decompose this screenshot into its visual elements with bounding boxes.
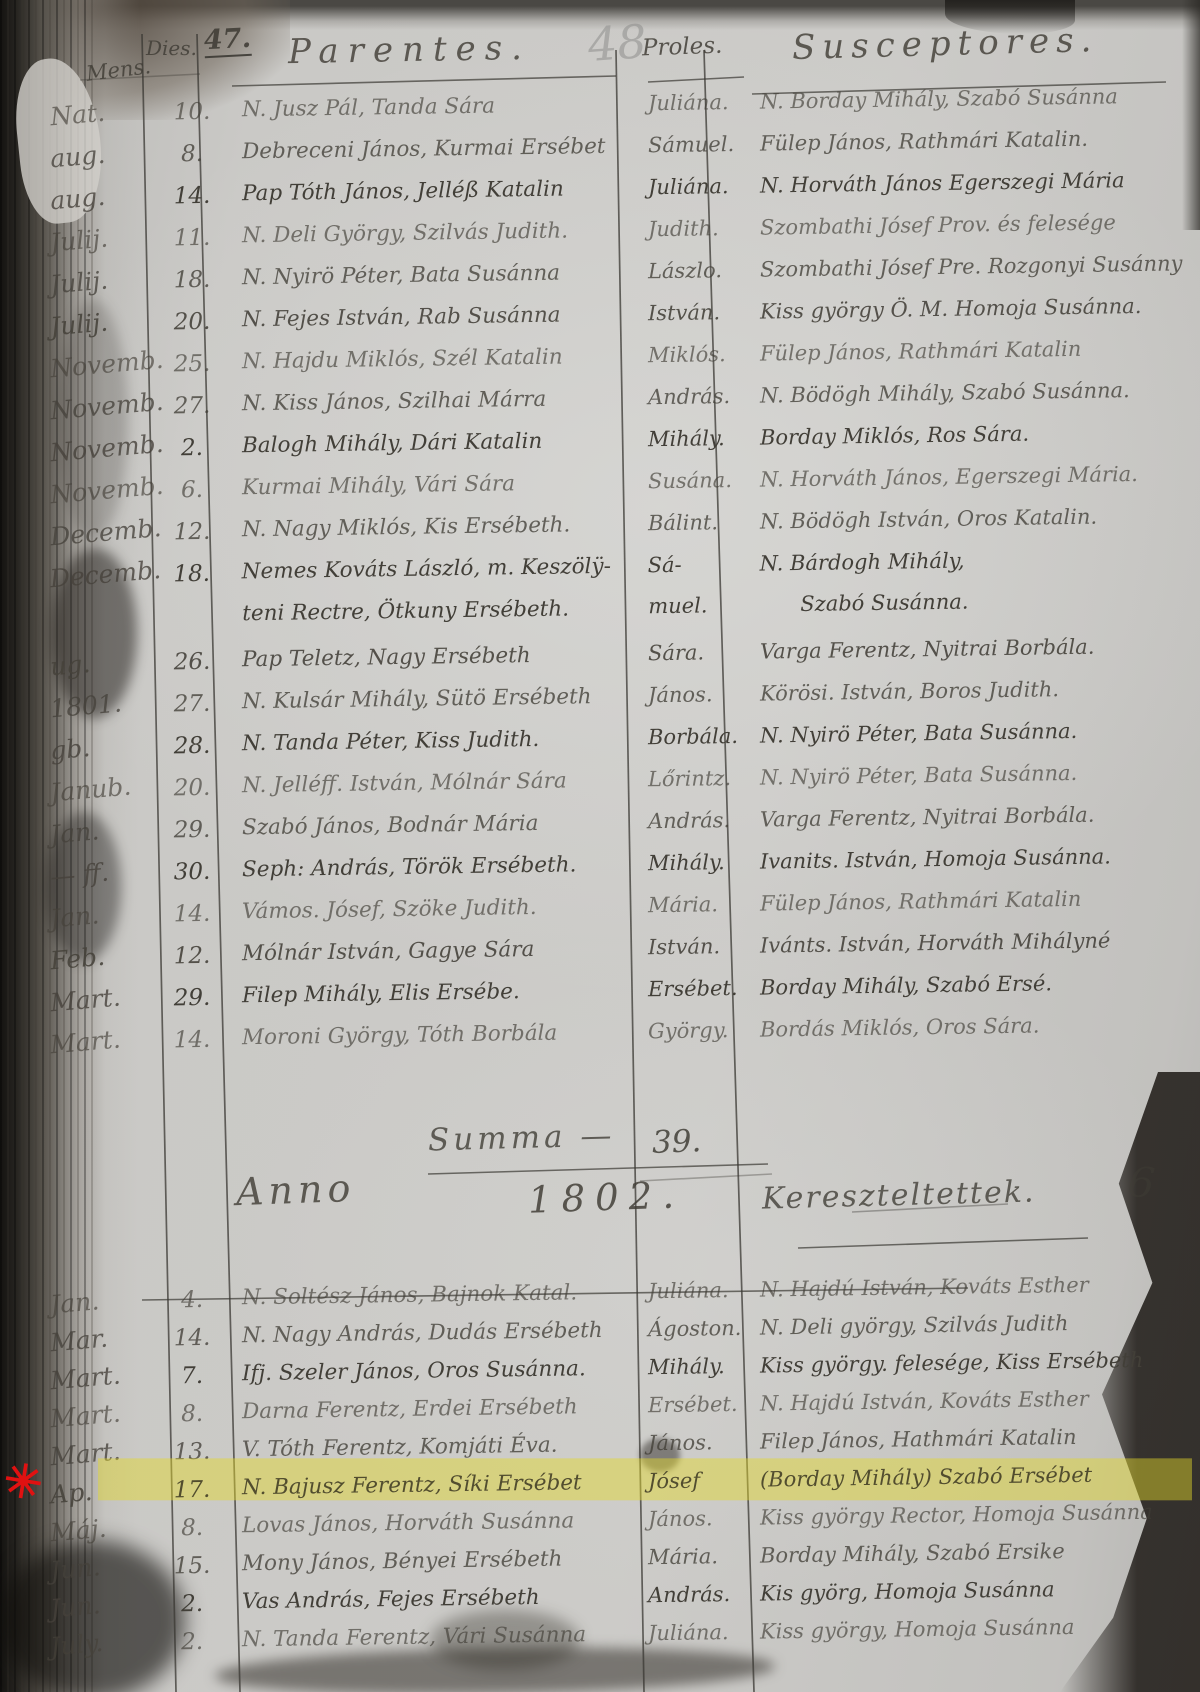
- row-sponsors: Ivanits. István, Homoja Susánna.: [760, 836, 1112, 882]
- row-child: István.: [648, 926, 721, 968]
- row-day: 14.: [152, 1017, 233, 1063]
- row-child: András.: [648, 800, 731, 842]
- summa-value: 39.: [651, 1123, 702, 1161]
- row-parents: N. Kiss János, Szilhai Márra: [242, 379, 547, 425]
- scanned-register-page: Mens. Dies. 47. Parentes. 48 Proles. Sus…: [0, 0, 1200, 1692]
- page-number: 47.: [203, 23, 252, 58]
- row-child: János.: [648, 1498, 713, 1540]
- row-parents: Debreceni János, Kurmai Ersébet: [242, 126, 606, 173]
- row-sponsors: Borday Miklós, Ros Sára.: [760, 414, 1030, 459]
- anno-year: 1802.: [527, 1173, 684, 1221]
- summa-label: Summa —: [428, 1118, 616, 1159]
- row-parents: Szabó János, Bodnár Mária: [242, 803, 539, 849]
- row-child: Mária.: [648, 884, 719, 926]
- row-sponsors: Körösi. István, Boros Judith.: [760, 669, 1060, 714]
- row-sponsors: Kiss györgy Ö. M. Homoja Susánna.: [760, 286, 1142, 333]
- row-child: Lőrintz.: [648, 758, 732, 800]
- header-parents-column: Parentes.: [288, 28, 532, 72]
- row-child: Judith.: [648, 208, 719, 250]
- row-child: István.: [648, 292, 721, 334]
- row-child: Juliána.: [648, 1270, 729, 1312]
- row-sponsors: N. Bödögh István, Oros Katalin.: [760, 497, 1098, 543]
- row-sponsors: N. Nyirö Péter, Bata Susánna.: [760, 711, 1078, 757]
- header-day-column: Dies.: [146, 36, 197, 60]
- row-parents: N. Hajdu Miklós, Szél Katalin: [242, 337, 563, 384]
- row-day: 2.: [152, 1619, 233, 1665]
- row-sponsors: N. Bödögh Mihály, Szabó Susánna.: [760, 370, 1130, 416]
- row-child: Juliána.: [648, 1612, 729, 1654]
- row-child: Bálint.: [648, 502, 719, 544]
- row-child: Sámuel.: [648, 124, 735, 166]
- row-sponsors: Szombathi Jósef Pre. Rozgonyi Susánny: [760, 243, 1183, 290]
- row-parents: Mólnár István, Gagye Sára: [242, 929, 535, 975]
- margin-squiggle: 6: [1126, 1157, 1158, 1209]
- row-sponsors: N. Borday Mihály, Szabó Susánna: [760, 76, 1118, 122]
- row-child: András.: [648, 1574, 731, 1616]
- row-parents: N. Nagy Miklós, Kis Ersébeth.: [242, 504, 571, 551]
- row-parents: Pap Tóth János, Jelléß Katalin: [242, 169, 564, 216]
- row-day: 18.: [151, 551, 232, 597]
- row-parents: N. Tanda Ferentz, Vári Susánna: [242, 1614, 587, 1661]
- row-parents: N. Tanda Péter, Kiss Judith.: [242, 719, 540, 765]
- row-sponsors: Ivánts. István, Horváth Mihályné: [760, 920, 1111, 966]
- register-table-1801: Nat. 10. N. Jusz Pál, Tanda Sára Juliána…: [0, 84, 1200, 1054]
- row-child: Ersébet.: [648, 968, 738, 1010]
- row-sponsors: Fülep János, Rathmári Katalin: [760, 879, 1082, 925]
- anno-title: Kereszteltettek.: [762, 1174, 1036, 1216]
- row-child: Juliána.: [648, 166, 729, 208]
- row-sponsors: Varga Ferentz, Nyitrai Borbála.: [760, 795, 1095, 841]
- row-sponsors: Kiss györgy, Homoja Susánna: [760, 1607, 1075, 1653]
- row-parents: N. Deli György, Szilvás Judith.: [242, 210, 569, 257]
- row-sponsors: Fülep János, Rathmári Katalin: [760, 329, 1082, 375]
- row-child: Mária.: [648, 1536, 719, 1578]
- header-child-column: Proles.: [642, 33, 723, 62]
- row-child: Ágoston.: [648, 1308, 742, 1350]
- row-child: Lászlo.: [648, 250, 723, 292]
- row-child: János.: [648, 674, 713, 716]
- row-child: Susána.: [648, 460, 733, 502]
- row-child: Ersébet.: [648, 1384, 738, 1426]
- row-parents: N. Jusz Pál, Tanda Sára: [242, 86, 496, 132]
- row-parents: Vámos. Jósef, Szöke Judith.: [242, 887, 537, 933]
- row-parents: N. Jelléff. István, Mólnár Sára: [242, 760, 567, 807]
- row-parents: Nemes Kováts László, m. Keszölÿ- teni Re…: [241, 546, 611, 635]
- row-child: Mihály.: [648, 418, 725, 460]
- row-parents: N. Nyirö Péter, Bata Susánna: [242, 253, 561, 300]
- row-sponsors: N. Horváth János Egerszegi Mária: [760, 160, 1125, 206]
- row-child: Juliána.: [648, 82, 729, 124]
- row-child: Sá- muel.: [647, 544, 707, 627]
- row-parents: N. Kulsár Mihály, Sütö Ersébeth: [242, 676, 592, 723]
- row-sponsors: Borday Mihály, Szabó Ersé.: [760, 963, 1053, 1008]
- row-parents: N. Fejes István, Rab Susánna: [242, 295, 561, 342]
- row-sponsors: Bordás Miklós, Oros Sára.: [760, 1005, 1040, 1050]
- row-sponsors: Fülep János, Rathmári Katalin.: [760, 119, 1089, 165]
- row-child: György.: [648, 1010, 729, 1052]
- row-child: Mihály.: [648, 842, 725, 884]
- header-sponsors-column: Susceptores.: [792, 20, 1099, 68]
- row-parents: Pap Teletz, Nagy Ersébeth: [242, 635, 531, 681]
- row-child: Mihály.: [648, 1346, 725, 1388]
- highlight-asterisk: ✳: [1, 1456, 46, 1508]
- row-sponsors: N. Nyirö Péter, Bata Susánna.: [760, 753, 1078, 799]
- row-sponsors: N. Horváth János, Egerszegi Mária.: [760, 454, 1139, 501]
- row-child: András.: [648, 376, 731, 418]
- register-table-1802: Jan. 4. N. Soltész János, Bajnok Katal. …: [0, 1272, 1200, 1652]
- page-number-ghost: 48: [586, 14, 648, 72]
- row-sponsors: N. Bárdogh Mihály, Szabó Susánna.: [759, 541, 968, 626]
- row-parents: Moroni György, Tóth Borbála: [242, 1013, 558, 1060]
- row-child: Sára.: [648, 632, 705, 674]
- row-parents: Kurmai Mihály, Vári Sára: [242, 463, 516, 509]
- row-sponsors: Varga Ferentz, Nyitrai Borbála.: [760, 627, 1095, 673]
- row-child: Miklós.: [648, 334, 726, 376]
- row-sponsors: Szombathi Jósef Prov. és felesége: [760, 202, 1116, 248]
- row-parents: Filep Mihály, Elis Ersébe.: [242, 971, 520, 1017]
- row-child: Borbála.: [648, 716, 739, 758]
- row-parents: Seph: András, Török Ersébeth.: [242, 844, 577, 891]
- anno-label: Anno: [235, 1166, 356, 1214]
- row-parents: Balogh Mihály, Dári Katalin: [242, 421, 543, 467]
